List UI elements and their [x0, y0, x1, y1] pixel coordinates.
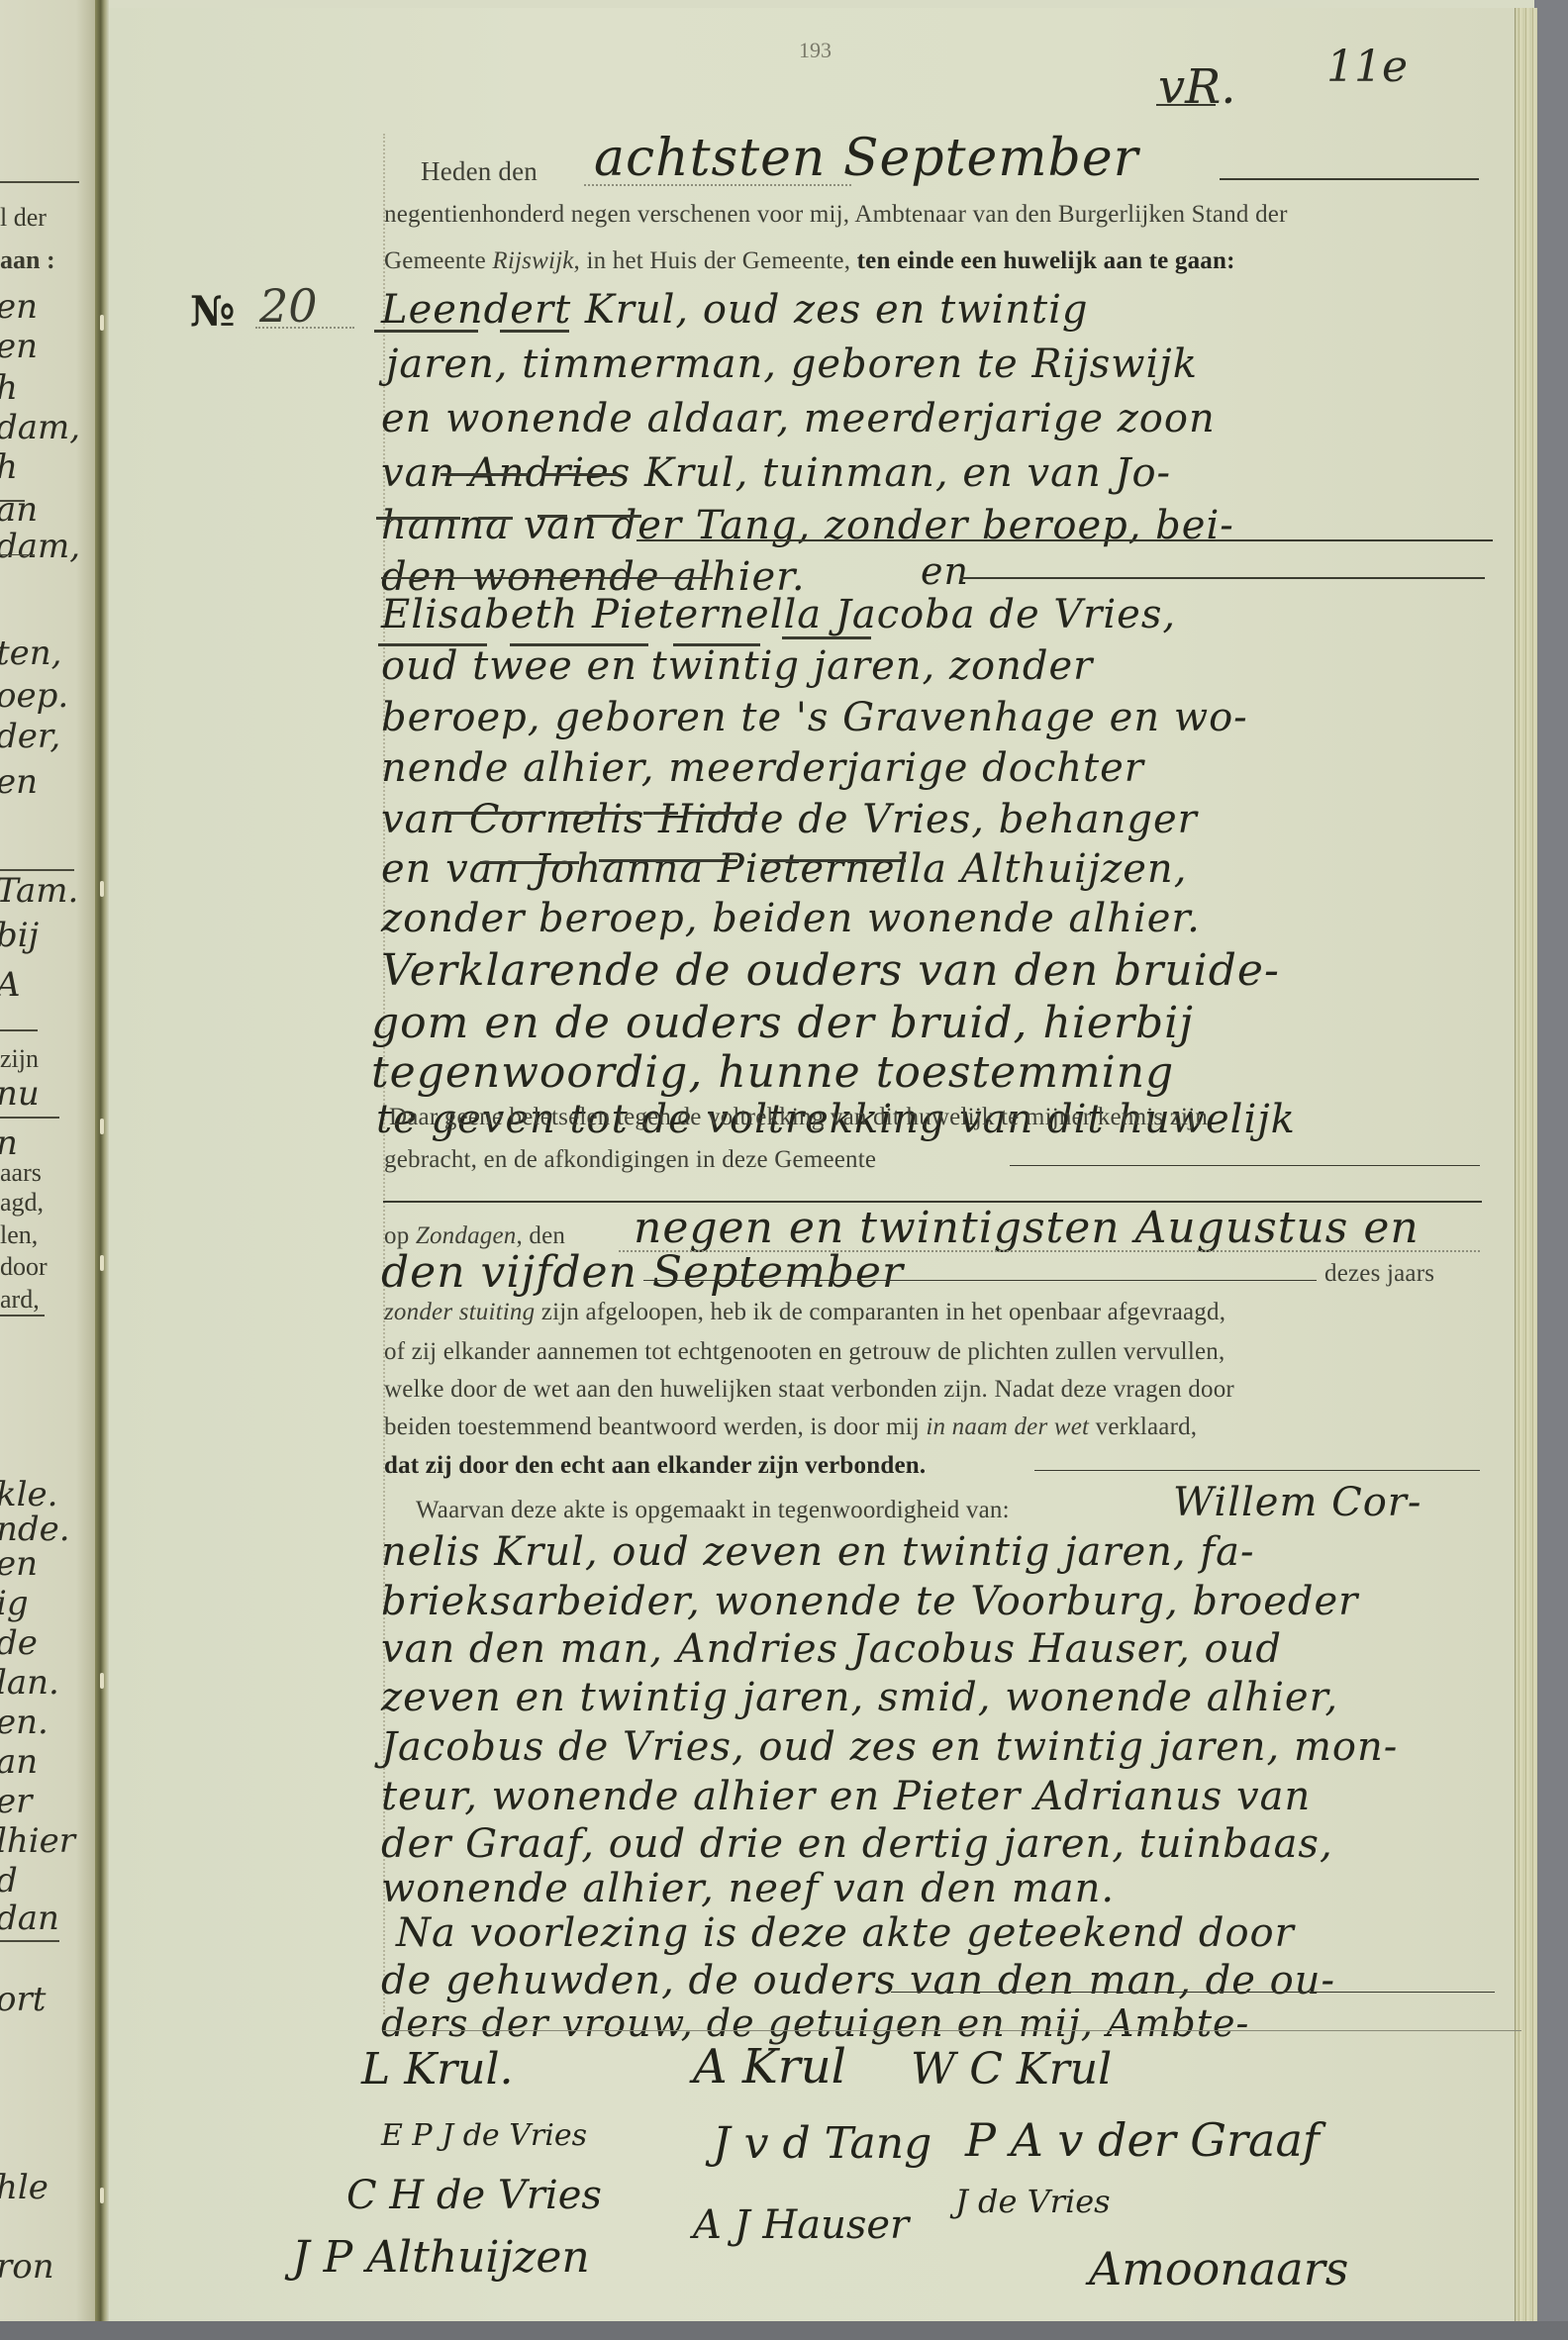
name-underline: [762, 859, 906, 862]
binding-thread: [100, 2188, 104, 2203]
witness-intro: Waarvan deze akte is opgemaakt in tegenw…: [416, 1497, 1010, 1524]
page-stack-edge: [1515, 8, 1537, 2321]
binding-thread: [100, 1255, 104, 1271]
form-line-3-mid: , in het Huis der Gemeente,: [574, 247, 851, 274]
groom-line: jaren, timmerman, geboren te Rijswijk: [386, 341, 1198, 387]
left-page-hand-fragment: dan: [0, 1899, 59, 1938]
binding-thread: [100, 1119, 104, 1134]
left-page-hand-fragment: der,: [0, 717, 60, 756]
fill-rule: [637, 539, 1493, 541]
witness-line: brieksarbeider, wonende te Voorburg, bro…: [381, 1579, 1358, 1624]
left-page-hand-fragment: hle: [0, 2168, 49, 2207]
left-page-rule: [0, 1940, 59, 1942]
signature-bride-father: C H de Vries: [346, 2173, 602, 2218]
declaration-fill-rule: [1034, 1470, 1480, 1471]
name-underline: [587, 515, 641, 518]
left-page-hand-fragment: kle.: [0, 1475, 57, 1514]
bride-line: nende alhier, meerderjarige dochter: [381, 745, 1144, 791]
sundays-line: op Zondagen, den: [384, 1222, 565, 1250]
folio-number: 193: [799, 38, 832, 63]
signature-registrar: Amoonaars: [1089, 2242, 1348, 2295]
act-number-dotted-line: [255, 327, 354, 329]
witness-line: nelis Krul, oud zeven en twintig jaren, …: [381, 1529, 1255, 1575]
register-book: l der aan : en en h dam, h an dam, ten, …: [0, 0, 1534, 2321]
name-underline: [480, 861, 579, 864]
left-page-hand-fragment: lan.: [0, 1663, 59, 1703]
name-underline: [378, 643, 487, 646]
sundays-zondagen: Zondagen: [416, 1222, 517, 1249]
form-line-3-bold: ten einde een huwelijk aan te gaan:: [857, 247, 1235, 274]
sundays-op: op: [384, 1222, 409, 1249]
date-dotted-line: [584, 184, 851, 186]
witness-line: teur, wonende alhier en Pieter Adrianus …: [381, 1774, 1311, 1819]
left-page-fragment: l der: [0, 203, 47, 233]
book-gutter: [95, 0, 109, 2321]
closing-line: de gehuwden, de ouders van den man, de o…: [381, 1958, 1335, 2003]
impediments-line-2: gebracht, en de afkondigingen in deze Ge…: [384, 1146, 876, 1174]
proclamation-dates-1: negen en twintigsten Augustus en: [634, 1203, 1420, 1253]
bride-line: beroep, geboren te 's Gravenhage en wo-: [381, 695, 1248, 740]
hand-date: achtsten September: [594, 129, 1138, 188]
left-page-hand-fragment: d: [0, 1861, 18, 1901]
closing-fill-rule: [891, 1992, 1495, 1993]
name-underline: [599, 859, 737, 862]
gemeente-label: Gemeente: [384, 247, 486, 274]
witness-line: wonende alhier, neef van den man.: [381, 1866, 1115, 1911]
verklaard: verklaard,: [1096, 1414, 1198, 1440]
bride-line: van Cornelis Hidde de Vries, behanger: [381, 797, 1198, 842]
annotation-underline: [1156, 104, 1216, 106]
left-page-rule: [0, 1029, 38, 1031]
sundays-fill-rule: [643, 1280, 1317, 1281]
left-page-hand-fragment: h: [0, 447, 18, 487]
left-page-hand-fragment: an: [0, 490, 38, 530]
groom-line: hanna van der Tang, zonder beroep, bei-: [381, 503, 1234, 548]
left-page-hand-fragment: en: [0, 327, 38, 366]
municipality-name: Rijswijk: [492, 247, 573, 274]
consent-line: gom en de ouders der bruid, hierbij: [371, 998, 1194, 1048]
proclamation-dates-2: den vijfden September: [381, 1247, 904, 1298]
name-underline: [441, 473, 530, 476]
name-underline: [544, 473, 619, 476]
left-page-fragment: ard,: [0, 1285, 40, 1315]
left-page-rule: [0, 1117, 59, 1119]
left-page-hand-fragment: er: [0, 1782, 32, 1821]
left-page-hand-fragment: A: [0, 965, 21, 1005]
dezes-jaars: dezes jaars: [1324, 1260, 1434, 1288]
fill-rule: [381, 577, 713, 579]
binding-thread: [100, 881, 104, 897]
zonder-stuiting: zonder stuiting: [384, 1299, 535, 1325]
consent-line: Verklarende de ouders van den bruide-: [381, 945, 1280, 996]
left-facing-page: l der aan : en en h dam, h an dam, ten, …: [0, 0, 95, 2321]
signature-witness: P A v der Graaf: [965, 2113, 1320, 2167]
left-page-hand-fragment: n: [0, 1123, 18, 1163]
left-page-hand-fragment: nde.: [0, 1510, 70, 1549]
left-page-hand-fragment: oep.: [0, 676, 68, 716]
impediments-fill-rule: [1010, 1165, 1480, 1166]
body-line: dat zij door den echt aan elkander zijn …: [384, 1452, 926, 1480]
binding-thread: [100, 1673, 104, 1689]
name-underline: [510, 643, 648, 646]
left-page-rule: [0, 1315, 45, 1316]
signature-groom: L Krul.: [361, 2044, 514, 2095]
impediments-line-1: Daar geene beletselen tegen de voltrekki…: [389, 1104, 1208, 1131]
signature-groom-father: A Krul: [693, 2039, 846, 2095]
left-page-fragment: zijn: [0, 1044, 39, 1074]
body-line: zonder stuiting zijn afgeloopen, heb ik …: [384, 1299, 1225, 1326]
witness-line: Willem Cor-: [1173, 1480, 1421, 1525]
left-page-hand-fragment: Tam.: [0, 871, 78, 911]
name-underline: [559, 812, 638, 815]
name-underline: [643, 812, 678, 815]
name-underline: [688, 812, 757, 815]
left-page-hand-fragment: ten,: [0, 634, 62, 673]
form-line-3: Gemeente Rijswijk, in het Huis der Gemee…: [384, 247, 1235, 275]
name-underline: [782, 636, 822, 639]
signature-witness: J de Vries: [955, 2183, 1111, 2220]
sundays-den: , den: [516, 1222, 565, 1249]
bride-line: en van Johanna Pieternella Althuijzen,: [381, 846, 1187, 892]
left-page-fragment: aan :: [0, 245, 55, 275]
act-number: 20: [259, 279, 318, 333]
signature-section-divider: [383, 2030, 1521, 2031]
signature-groom-mother: J v d Tang: [713, 2118, 931, 2169]
form-line-2: negentienhonderd negen verschenen voor m…: [384, 201, 1288, 229]
annotation-number: 11e: [1326, 42, 1408, 92]
left-page-fragment: aars: [0, 1158, 42, 1188]
body-line: beiden toestemmend beantwoord werden, is…: [384, 1414, 1197, 1441]
left-page-fragment: len,: [0, 1220, 38, 1250]
left-page-fragment: agd,: [0, 1188, 44, 1218]
fill-rule: [960, 577, 1485, 579]
witness-line: zeven en twintig jaren, smid, wonende al…: [381, 1675, 1338, 1720]
left-page-hand-fragment: en: [0, 287, 38, 327]
signature-bride-mother: J P Althuijzen: [292, 2232, 590, 2283]
bride-line: oud twee en twintig jaren, zonder: [381, 643, 1093, 689]
signature-witness: A J Hauser: [693, 2202, 909, 2248]
form-heden-den: Heden den: [421, 156, 538, 187]
background-surface: [0, 2321, 1568, 2340]
left-page-hand-fragment: nu: [0, 1074, 40, 1114]
left-page-hand-fragment: en.: [0, 1703, 49, 1742]
left-page-rule: [0, 500, 25, 502]
name-underline: [538, 515, 567, 518]
closing-line: Na voorlezing is deze akte geteekend doo…: [396, 1910, 1295, 1956]
declaration-bold: dat zij door den echt aan elkander zijn …: [384, 1452, 926, 1479]
left-page-hand-fragment: en: [0, 762, 38, 802]
witness-line: van den man, Andries Jacobus Hauser, oud: [381, 1626, 1282, 1672]
left-page-hand-fragment: lhier: [0, 1821, 75, 1861]
name-underline: [673, 643, 760, 646]
signature-witness: W C Krul: [911, 2044, 1112, 2095]
name-underline: [478, 517, 513, 520]
body-line-3: welke door de wet aan den huwelijken sta…: [384, 1376, 1234, 1404]
bride-line: Elisabeth Pieternella Jacoba de Vries,: [381, 592, 1176, 637]
body-line-1: zijn afgeloopen, heb ik de comparanten i…: [541, 1299, 1225, 1325]
left-page-hand-fragment: bij: [0, 916, 39, 955]
bride-line: zonder beroep, beiden wonende alhier.: [381, 896, 1201, 941]
date-fill-rule: [1220, 178, 1479, 180]
left-page-hand-fragment: dam,: [0, 527, 80, 566]
body-line-2: of zij elkander aannemen tot echtgenoote…: [384, 1338, 1225, 1366]
body-line-4: beiden toestemmend beantwoord werden, is…: [384, 1414, 920, 1440]
left-page-hand-fragment: dam,: [0, 408, 80, 447]
witness-line: der Graaf, oud drie en dertig jaren, tui…: [381, 1821, 1333, 1867]
act-number-label: №: [190, 287, 236, 336]
groom-line: en wonende aldaar, meerderjarige zoon: [381, 396, 1216, 441]
left-page-hand-fragment: ron: [0, 2247, 54, 2287]
left-page-hand-fragment: an: [0, 1742, 38, 1782]
left-page-hand-fragment: ig: [0, 1584, 29, 1623]
groom-line: Leendert Krul, oud zes en twintig: [381, 287, 1088, 333]
annotation-vr: vR.: [1158, 59, 1236, 115]
consent-line: tegenwoordig, hunne toestemming: [371, 1047, 1174, 1098]
name-underline: [436, 812, 539, 815]
left-page-hand-fragment: h: [0, 368, 18, 408]
left-page-hand-fragment: en: [0, 1544, 38, 1584]
witness-line: Jacobus de Vries, oud zes en twintig jar…: [381, 1724, 1398, 1770]
name-underline: [376, 517, 460, 520]
left-page-fragment: door: [0, 1252, 48, 1282]
name-underline: [822, 636, 871, 639]
signature-bride: E P J de Vries: [381, 2118, 587, 2153]
in-naam-der-wet: in naam der wet: [926, 1414, 1089, 1440]
name-underline: [500, 330, 569, 333]
binding-thread: [100, 315, 104, 331]
left-page-hand-fragment: ort: [0, 1980, 46, 2019]
left-page-rule: [0, 554, 35, 555]
name-underline: [374, 330, 478, 333]
conjunction-en: en: [921, 549, 969, 593]
left-page-rule: [0, 181, 79, 183]
left-page-hand-fragment: de: [0, 1623, 38, 1663]
